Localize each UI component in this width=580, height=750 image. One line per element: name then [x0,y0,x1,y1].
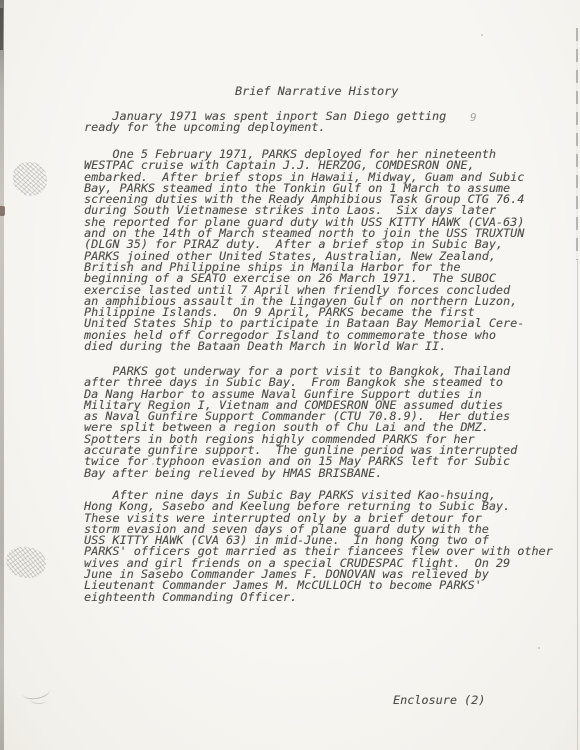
paper-speck [398,120,400,122]
left-scan-edge-dark-segment [0,8,3,50]
paper-speck [538,647,540,649]
paper-speck [481,34,483,36]
document-title: Brief Narrative History [235,86,398,97]
right-scan-edge-line [577,260,578,750]
paragraph-3: PARKS got underway for a port visit to B… [84,366,574,479]
left-edge-ink-mark [0,206,5,216]
paragraph-1: January 1971 was spent inport San Diego … [84,111,559,134]
stray-digit-mark: 9 [470,112,477,123]
paragraph-4: After nine days in Subic Bay PARKS visit… [84,490,579,603]
left-scan-edge [0,0,4,750]
scanned-document-page: Brief Narrative History January 1971 was… [0,0,580,750]
scan-smudge-upper [11,160,48,197]
enclosure-label: Enclosure (2) [393,695,485,706]
paragraph-2: One 5 February 1971, PARKS deployed for … [84,149,574,352]
paper-speck [103,226,105,228]
right-scan-edge-dashes [576,28,578,260]
paper-speck [152,463,154,465]
scan-smudge-lower [5,546,47,579]
